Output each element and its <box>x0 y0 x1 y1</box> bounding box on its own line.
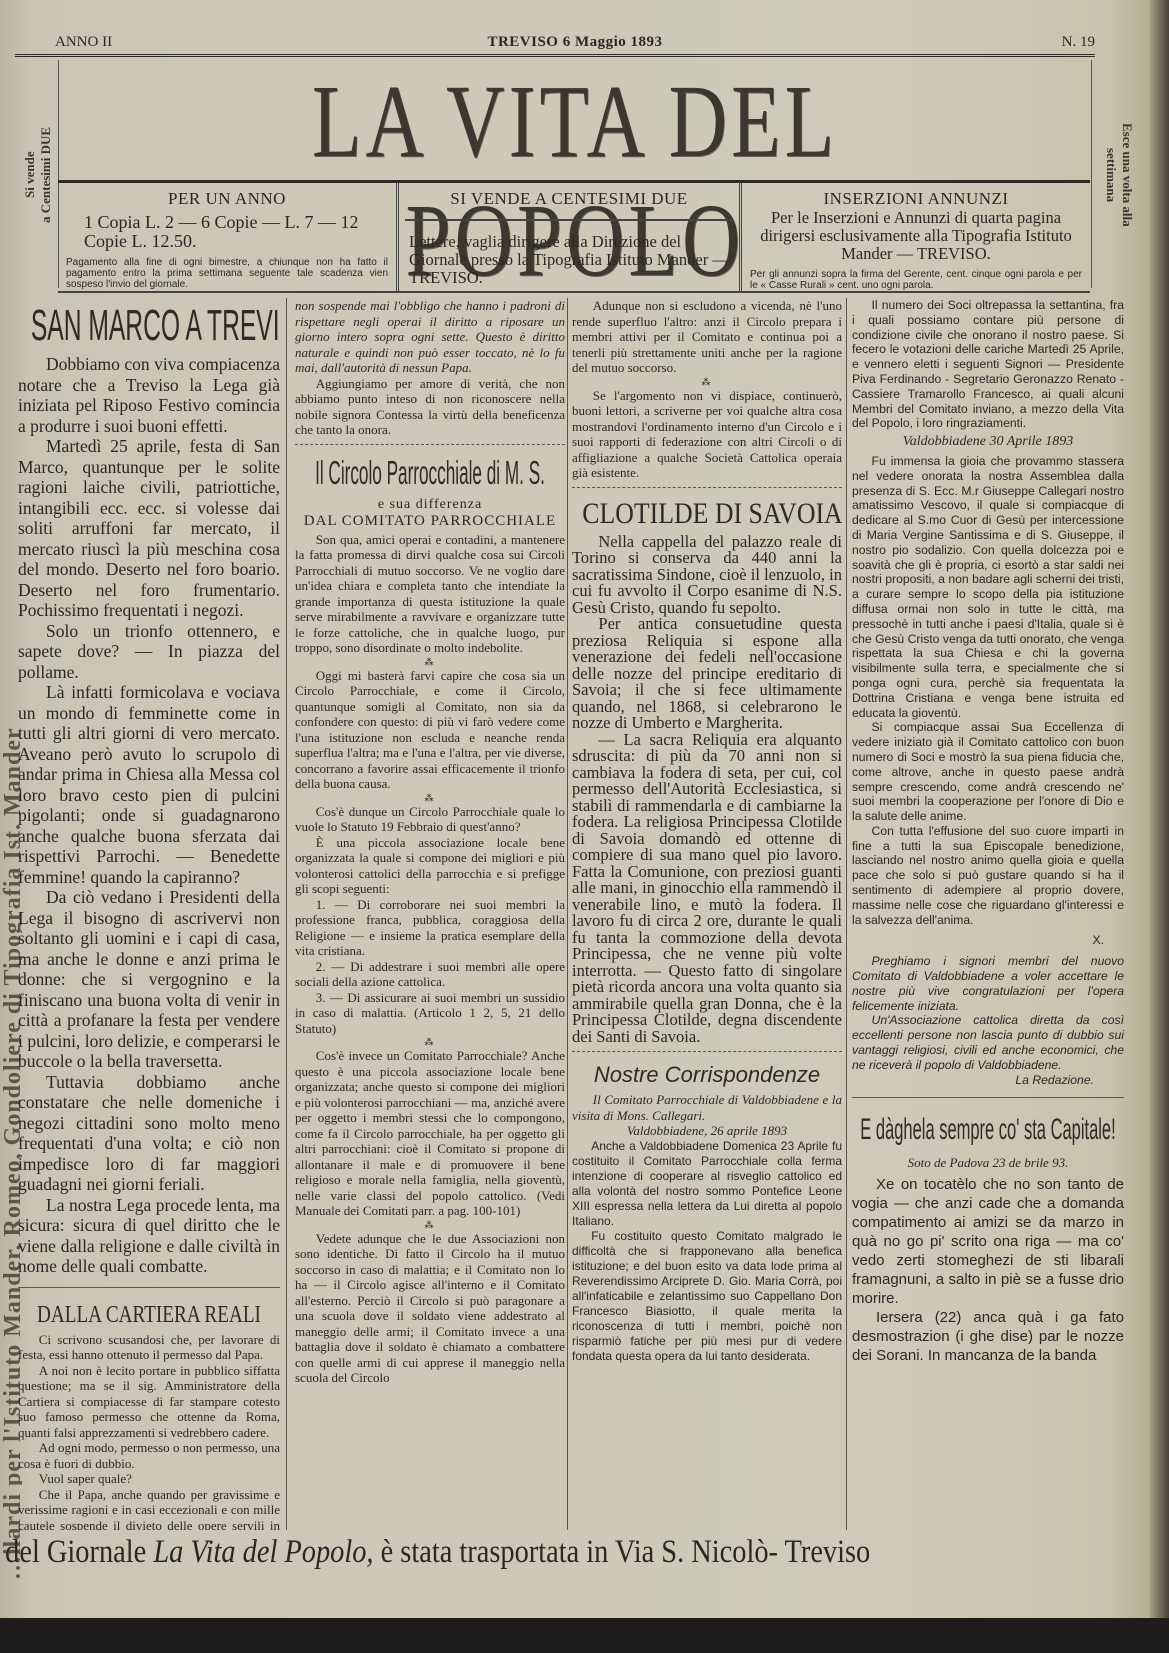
paragraph: Con tutta l'effusione del suo cuore impa… <box>852 824 1124 928</box>
subscription-box: PER UN ANNO 1 Copia L. 2 — 6 Copie — L. … <box>58 183 399 291</box>
paragraph: Per antica consuetudine questa preziosa … <box>572 616 842 732</box>
paragraph: È una piccola associazione locale bene o… <box>295 835 565 897</box>
article-divider <box>18 1287 280 1288</box>
header-rule <box>15 54 1095 57</box>
asterism: ⁂ <box>295 1219 565 1231</box>
paragraph: Vuol saper quale? <box>18 1471 280 1487</box>
paragraph: Ad ogni modo, permesso o non permesso, u… <box>18 1440 280 1471</box>
circolo-subtitle-2: DAL COMITATO PARROCCHIALE <box>295 514 565 530</box>
asterism: ⁂ <box>572 376 842 388</box>
headline-corrispondenze: Nostre Corrispondenze <box>572 1058 842 1092</box>
article-divider <box>295 444 565 445</box>
headline-circolo: Il Circolo Parrocchiale di M. S. <box>297 451 562 495</box>
dateline: Soto de Padova 23 de brile 93. <box>852 1156 1124 1171</box>
column-rule <box>567 298 568 1530</box>
capitale-body: Xe on tocatèlo che no son tanto de vogia… <box>852 1175 1124 1365</box>
corrispondenze-body: Anche a Valdobbiadene Domenica 23 Aprile… <box>572 1139 842 1364</box>
paragraph: Solo un trionfo ottennero, e sapete dove… <box>18 621 280 683</box>
paragraph: Fu costituito questo Comitato malgrado l… <box>572 1229 842 1364</box>
paragraph: Vedete adunque che le due Associazioni n… <box>295 1231 565 1386</box>
paragraph: Il numero dei Soci oltrepassa la settant… <box>852 298 1124 431</box>
paragraph: non sospende mai l'obbligo che hanno i p… <box>295 298 565 376</box>
article-divider <box>572 487 842 488</box>
column-2: non sospende mai l'obbligo che hanno i p… <box>295 298 565 1530</box>
paragraph: Preghiamo i signori membri del nuovo Com… <box>852 954 1124 1013</box>
headline-capitale: E dàghela sempre co' sta Capitale! <box>853 1108 1124 1152</box>
paragraph: Iersera (22) anca quà i ga fato desmostr… <box>852 1308 1124 1365</box>
column-1: SAN MARCO A TREVISO Dobbiamo con viva co… <box>18 298 280 1530</box>
subscription-note: Pagamento alla fine di ogni bimestre, a … <box>58 251 396 290</box>
banner-title: La Vita del Popolo, <box>153 1534 373 1570</box>
headline-clotilde: CLOTILDE DI SAVOIA <box>582 494 831 534</box>
dateline: Valdobbiadene, 26 aprile 1893 <box>572 1123 842 1139</box>
sale-heading: SI VENDE A CENTESIMI DUE <box>405 189 733 221</box>
paragraph: Da ciò vedano i Presidenti della Lega il… <box>18 887 280 1072</box>
paragraph: Tuttavia dobbiamo anche constatare che n… <box>18 1072 280 1195</box>
column-3: Adunque non si escludono a vicenda, nè l… <box>572 298 842 1530</box>
paragraph: Se l'argomento non vi dispiace, continue… <box>572 388 842 481</box>
side-note-left-line2: a Centesimi DUE <box>38 70 54 280</box>
signature: X. <box>852 933 1124 948</box>
subscription-prices: 1 Copia L. 2 — 6 Copie — L. 7 — 12 Copie… <box>58 209 396 251</box>
ads-note: Per gli annunzi sopra la firma del Geren… <box>742 263 1090 291</box>
dateline-bar: ANNO II TREVISO 6 Maggio 1893 N. 19 <box>55 34 1095 54</box>
page-edge-shadow <box>1150 0 1169 1653</box>
article-divider <box>572 1051 842 1052</box>
paragraph: Fu immensa la gioia che provammo stasser… <box>852 454 1124 720</box>
asterism: ⁂ <box>295 792 565 804</box>
headline-cartiera: DALLA CARTIERA REALI <box>36 1298 262 1332</box>
circolo-subtitle: e sua differenza <box>295 497 565 513</box>
side-note-right: Esce una volta alla settimana <box>1095 70 1135 280</box>
paragraph: Si compiacque assai Sua Eccellenza di ve… <box>852 720 1124 824</box>
paragraph: Oggi mi basterà farvi capire che cosa si… <box>295 668 565 792</box>
masthead-info-row: PER UN ANNO 1 Copia L. 2 — 6 Copie — L. … <box>58 180 1090 293</box>
column-4: Il numero dei Soci oltrepassa la settant… <box>852 298 1124 1530</box>
side-note-left-line1: Si vende <box>22 70 38 280</box>
cartiera-body: Ci scrivono scusandosi che, per lavorare… <box>18 1332 280 1531</box>
banner-suffix: è stata trasportata in Via S. Nicolò- Tr… <box>381 1534 871 1570</box>
paragraph: 2. — Di addestrare i suoi membri alle op… <box>295 959 565 990</box>
issue-date: TREVISO 6 Maggio 1893 <box>55 34 1095 51</box>
scan-bottom-shadow <box>0 1618 1169 1653</box>
sale-body: Lettere, vaglia dirigere alla Direzione … <box>399 221 739 287</box>
paragraph: Aggiungiamo per amore di verità, che non… <box>295 376 565 438</box>
paragraph: Che il Papa, anche quando per gravissime… <box>18 1487 280 1531</box>
paragraph: Là infatti formicolava e vociava un mond… <box>18 682 280 887</box>
headline-san-marco: SAN MARCO A TREVISO <box>31 298 267 354</box>
paragraph: 3. — Di assicurare ai suoi membri un sus… <box>295 990 565 1037</box>
paragraph: Ci scrivono scusandosi che, per lavorare… <box>18 1332 280 1363</box>
side-note-right-line1: Esce una volta alla <box>1119 70 1135 280</box>
subscription-heading: PER UN ANNO <box>58 189 396 209</box>
paragraph: Anche a Valdobbiadene Domenica 23 Aprile… <box>572 1139 842 1229</box>
ads-body: Per le Inserzioni e Annunzi di quarta pa… <box>742 209 1090 263</box>
side-note-right-line2: settimana <box>1103 70 1119 280</box>
paragraph: A noi non è lecito portare in pubblico s… <box>18 1363 280 1441</box>
clotilde-body: Nella cappella del palazzo reale di Tori… <box>572 534 842 1046</box>
paragraph: 1. — Di corroborare nei suoi membri la p… <box>295 897 565 959</box>
column-rule <box>286 298 287 1530</box>
dateline: Valdobbiadene 30 Aprile 1893 <box>852 435 1124 450</box>
paragraph: Martedì 25 aprile, festa di San Marco, q… <box>18 436 280 621</box>
editorial-signature: La Redazione. <box>852 1073 1124 1088</box>
asterism: ⁂ <box>295 1036 565 1048</box>
footer-banner: del Giornale La Vita del Popolo, è stata… <box>0 1532 951 1572</box>
paragraph: Dobbiamo con viva compiacenza notare che… <box>18 354 280 436</box>
paragraph: Adunque non si escludono a vicenda, nè l… <box>572 298 842 376</box>
paragraph: Nella cappella del palazzo reale di Tori… <box>572 534 842 617</box>
paragraph: Cos'è invece un Comitato Parrocchiale? A… <box>295 1048 565 1219</box>
sale-box: SI VENDE A CENTESIMI DUE Lettere, vaglia… <box>399 183 742 291</box>
asterism: ⁂ <box>295 656 565 668</box>
issue-number: N. 19 <box>1062 34 1095 51</box>
paragraph: La nostra Lega procede lenta, ma sicura:… <box>18 1195 280 1277</box>
paragraph: Son qua, amici operai e contadini, a man… <box>295 532 565 656</box>
paragraph: Xe on tocatèlo che no son tanto de vogia… <box>852 1175 1124 1308</box>
column-rule <box>846 298 847 1530</box>
article-divider <box>852 1097 1124 1098</box>
ads-heading: INSERZIONI ANNUNZI <box>742 189 1090 209</box>
paragraph: Cos'è dunque un Circolo Parrocchiale qua… <box>295 804 565 835</box>
side-note-left: Si vende a Centesimi DUE <box>22 70 58 280</box>
paragraph: — La sacra Reliquia era alquanto sdrusci… <box>572 732 842 1046</box>
ads-box: INSERZIONI ANNUNZI Per le Inserzioni e A… <box>742 183 1090 291</box>
corrispondenze-subhead: Il Comitato Parrocchiale di Valdobbiaden… <box>572 1092 842 1123</box>
paragraph: Un'Associazione cattolica diretta da cos… <box>852 1013 1124 1072</box>
banner-prefix: del Giornale <box>5 1534 146 1570</box>
